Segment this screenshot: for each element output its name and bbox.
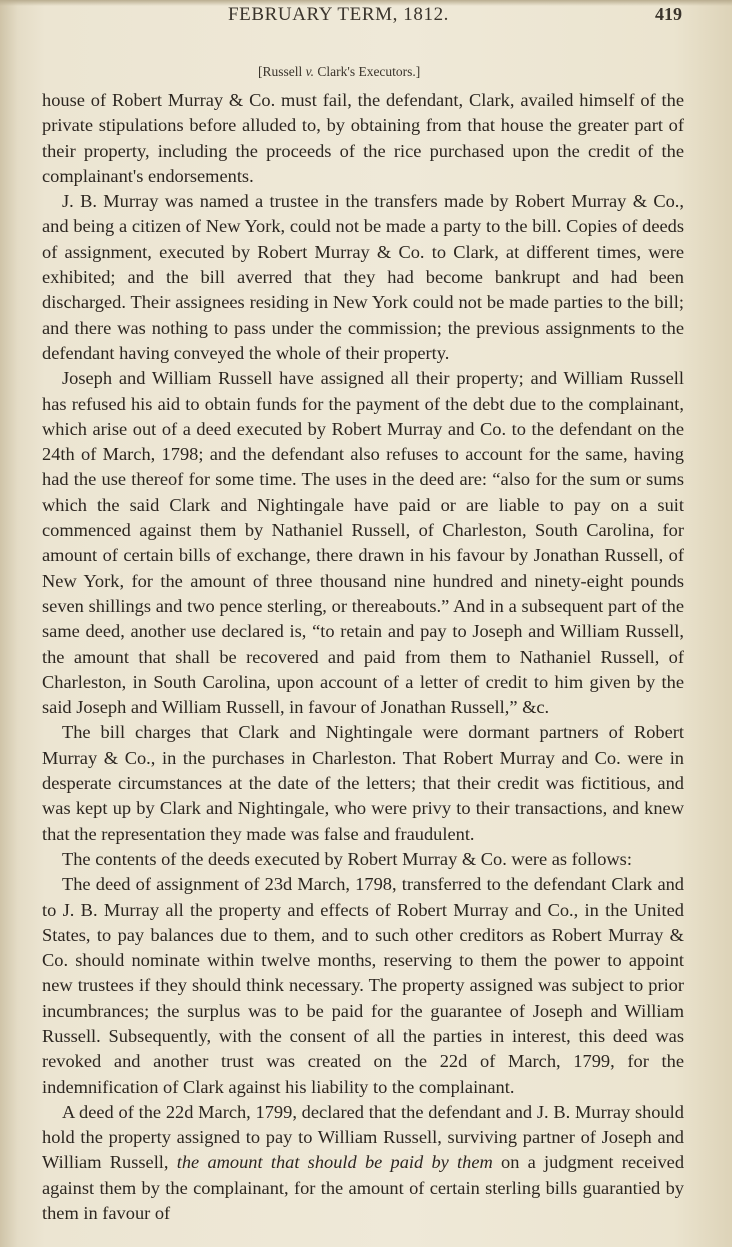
caption-open: [Russell (258, 64, 306, 79)
paragraph-2: J. B. Murray was named a trustee in the … (42, 189, 684, 366)
paragraph-3: Joseph and William Russell have assigned… (42, 366, 684, 720)
paragraph-6: The deed of assignment of 23d March, 179… (42, 872, 684, 1100)
paragraph-7-italic: the amount that should be paid by them (177, 1152, 493, 1172)
running-title: FEBRUARY TERM, 1812. (228, 4, 449, 26)
caption-versus: v. (306, 64, 314, 79)
paragraph-7: A deed of the 22d March, 1799, declared … (42, 1100, 684, 1226)
caption-close: Clark's Executors.] (314, 64, 420, 79)
body-text: house of Robert Murray & Co. must fail, … (42, 88, 684, 1226)
case-caption: [Russell v. Clark's Executors.] (258, 64, 420, 80)
page-number: 419 (655, 4, 682, 25)
paragraph-5: The contents of the deeds executed by Ro… (42, 847, 684, 872)
paragraph-4: The bill charges that Clark and Nighting… (42, 720, 684, 846)
page-header: FEBRUARY TERM, 1812. 419 (228, 4, 682, 34)
paragraph-1: house of Robert Murray & Co. must fail, … (42, 88, 684, 189)
